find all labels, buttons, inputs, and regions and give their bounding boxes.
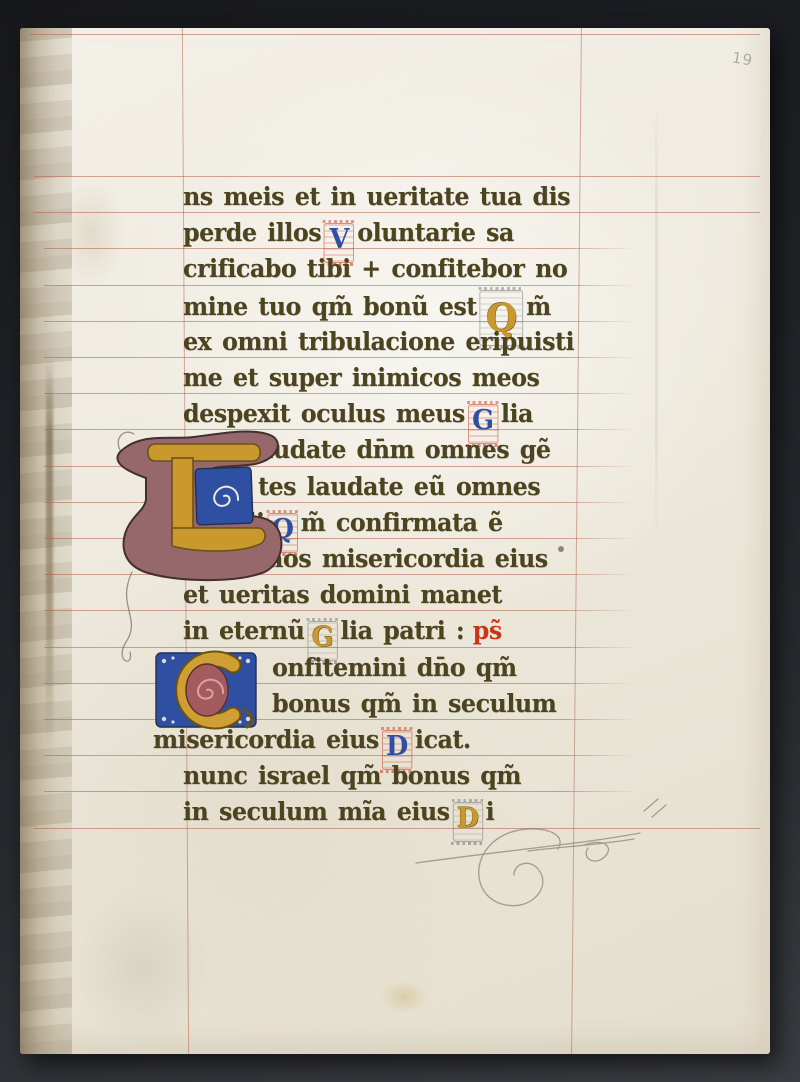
large-initial-C (153, 648, 271, 738)
text-run: lia patri : (340, 616, 464, 645)
text-run: oluntarie sa (357, 218, 514, 247)
text-run: icat. (415, 725, 471, 754)
text-run: m̃ confirmata ẽ (301, 508, 503, 537)
text-run: ex omni tribulacione eripuisti (183, 327, 574, 356)
folio-number: 19 (731, 48, 755, 69)
bottom-swirl-flourish (408, 773, 668, 913)
manuscript-text-line: perde illosVoluntarie sa (183, 218, 514, 254)
photo-scene: ns meis et in ueritate tua disperde illo… (0, 0, 800, 1082)
manuscript-text-line: ex omni tribulacione eripuisti (183, 327, 574, 363)
text-run: onfitemini dn̄o qm̃ (272, 653, 516, 682)
manuscript-leaf: ns meis et in ueritate tua disperde illo… (20, 28, 770, 1054)
rubric-text: ps̃ (473, 616, 502, 645)
large-initial-L (112, 420, 287, 670)
manuscript-text-line: crificabo tibi + confitebor no (183, 254, 567, 290)
text-run: crificabo tibi + confitebor no (183, 254, 567, 283)
text-run: perde illos (183, 218, 321, 247)
manuscript-text-line: bonus qm̃ in seculum (272, 689, 556, 725)
text-run: mine tuo qm̃ bonũ est (183, 292, 477, 321)
manuscript-text-line: mine tuo qm̃ bonũ estQm̃ (183, 291, 551, 327)
manuscript-text-line: ns meis et in ueritate tua dis (183, 182, 570, 218)
manuscript-text-line: tes laudate eũ omnes (258, 472, 540, 508)
text-run: lia (501, 399, 533, 428)
manuscript-text-line: onfitemini dn̄o qm̃ (272, 653, 516, 689)
text-run: bonus qm̃ in seculum (272, 689, 556, 718)
text-run: m̃ (526, 292, 551, 321)
text-run: tes laudate eũ omnes (258, 472, 540, 501)
manuscript-text-line: audate dn̄m omnes gẽ (258, 435, 551, 471)
manuscript-text-line: me et super inimicos meos (183, 363, 539, 399)
text-run: ns meis et in ueritate tua dis (183, 182, 570, 211)
text-run: audate dn̄m omnes gẽ (258, 435, 551, 464)
text-run: me et super inimicos meos (183, 363, 539, 392)
